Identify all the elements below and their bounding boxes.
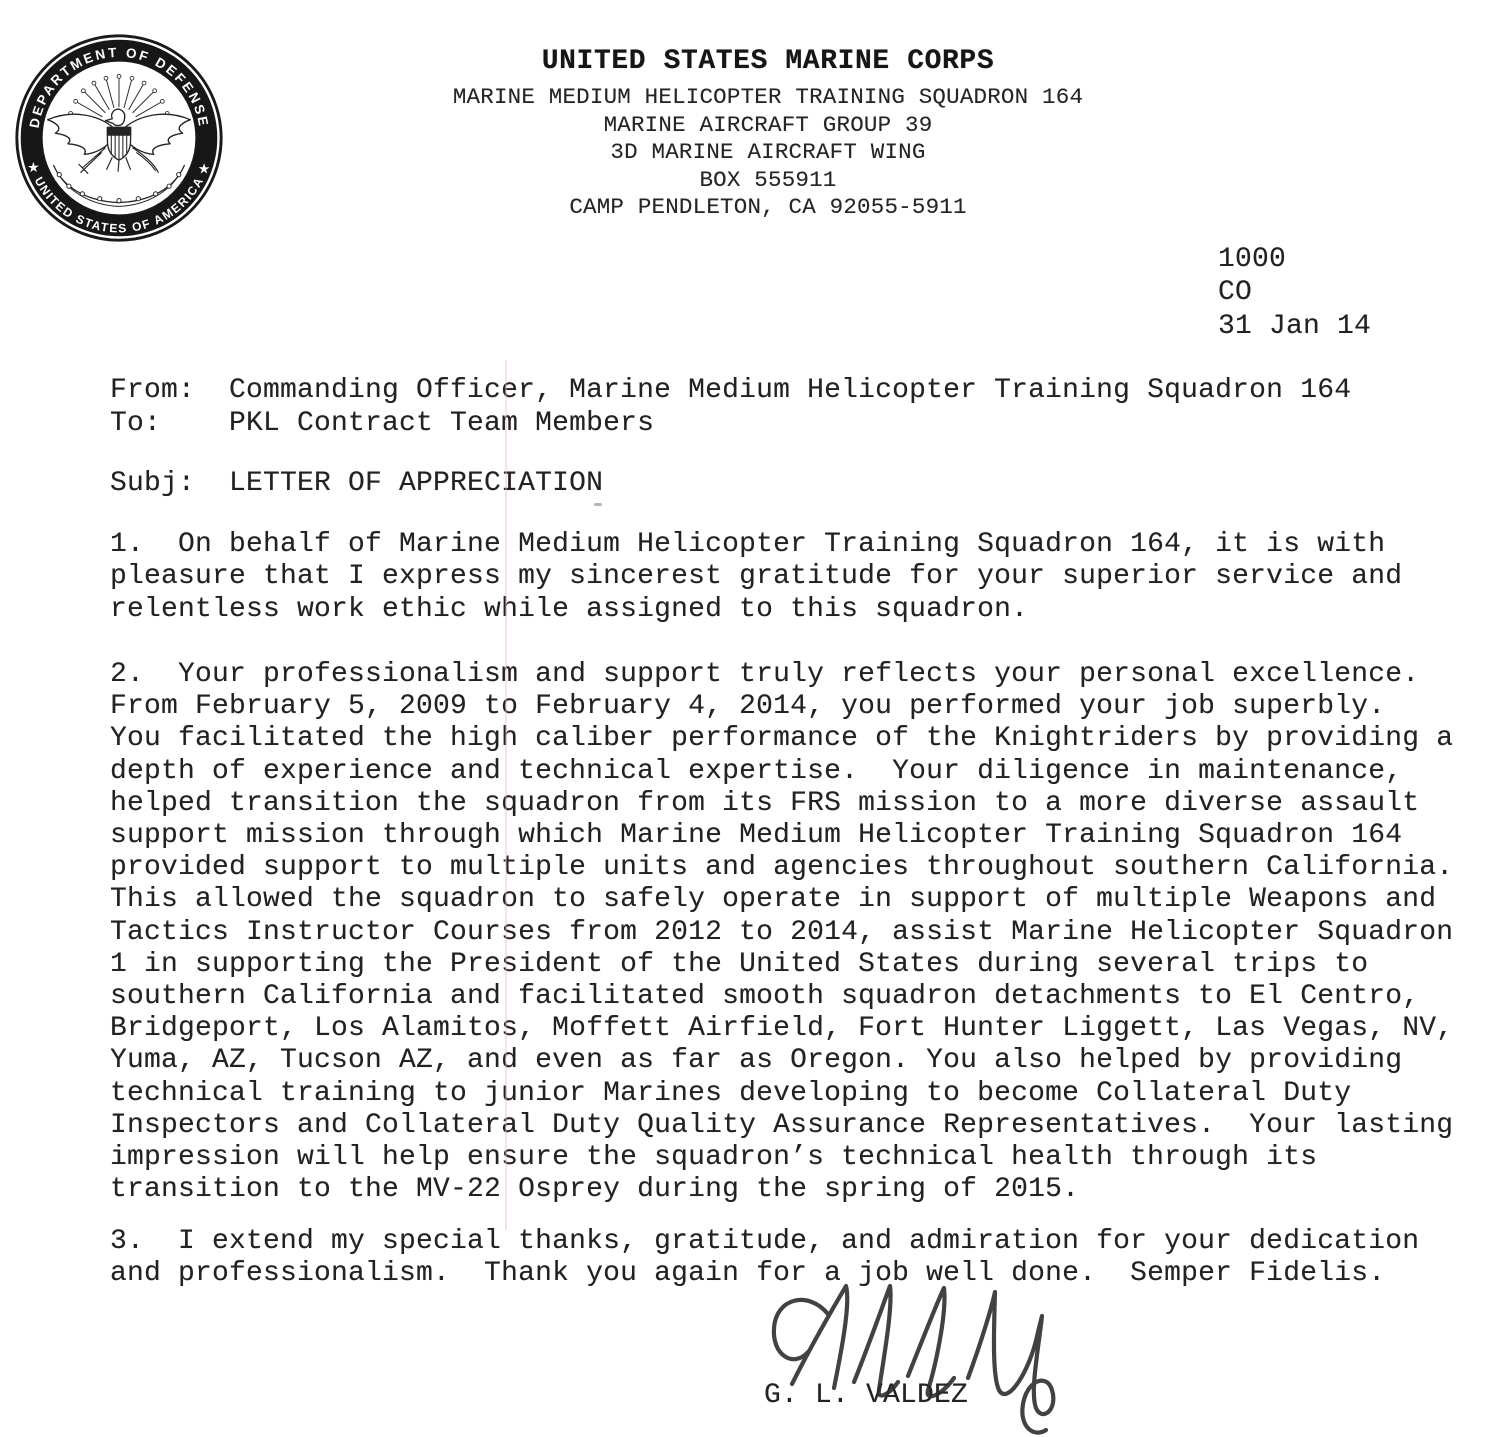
paragraph-2: 2. Your professionalism and support trul… bbox=[110, 659, 1453, 1206]
letterhead: UNITED STATES MARINE CORPS MARINE MEDIUM… bbox=[42, 46, 1494, 222]
reference-date-block: 1000 CO 31 Jan 14 bbox=[1218, 243, 1371, 343]
handwritten-signature bbox=[742, 1280, 1086, 1437]
letterhead-line: BOX 555911 bbox=[42, 167, 1494, 195]
subject-line: Subj: LETTER OF APPRECIATION bbox=[110, 468, 603, 500]
from-to-block: From: Commanding Officer, Marine Medium … bbox=[110, 374, 1351, 440]
letterhead-line: CAMP PENDLETON, CA 92055-5911 bbox=[42, 194, 1494, 222]
letterhead-line: 3D MARINE AIRCRAFT WING bbox=[42, 139, 1494, 167]
letterhead-line: MARINE AIRCRAFT GROUP 39 bbox=[42, 112, 1494, 140]
letterhead-line: MARINE MEDIUM HELICOPTER TRAINING SQUADR… bbox=[42, 84, 1494, 112]
letterhead-title: UNITED STATES MARINE CORPS bbox=[42, 46, 1494, 77]
scanned-letter-page: DEPARTMENT OF DEFENSE ★ UNITED STATES OF… bbox=[0, 0, 1494, 1437]
scan-artifact-speck bbox=[594, 503, 602, 506]
scan-artifact-vertical-line bbox=[505, 360, 507, 1230]
paragraph-1: 1. On behalf of Marine Medium Helicopter… bbox=[110, 529, 1402, 626]
signer-name: G. L. VALDEZ bbox=[764, 1380, 968, 1412]
letterhead-address: MARINE MEDIUM HELICOPTER TRAINING SQUADR… bbox=[42, 84, 1494, 222]
paragraph-3: 3. I extend my special thanks, gratitude… bbox=[110, 1226, 1419, 1291]
